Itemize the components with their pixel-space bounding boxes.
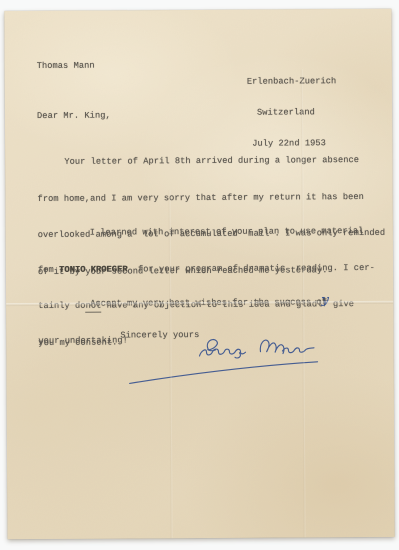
letter-page: Thomas Mann Erlenbach-Zuerich Switzerlan… — [4, 9, 394, 539]
signature — [125, 334, 320, 389]
body-text: fom — [38, 265, 59, 275]
sender-name: Thomas Mann — [37, 61, 95, 71]
body-text: give — [328, 299, 354, 309]
body-line: I learned with interest of your plan to … — [38, 223, 375, 242]
body-text: for your program of dramatic reading. I … — [127, 263, 374, 275]
work-title: TONIO KROEGER — [59, 264, 127, 274]
salutation: Dear Mr. King, — [37, 111, 111, 121]
body-line: Accept my very best wishes for the succe… — [38, 294, 327, 312]
address-city: Erlenbach-Zuerich — [247, 76, 337, 88]
signature-ink-drawing — [125, 334, 320, 389]
address-country: Switzerland — [257, 107, 337, 118]
body-line: Your letter of April 8th arrived during … — [37, 152, 384, 171]
